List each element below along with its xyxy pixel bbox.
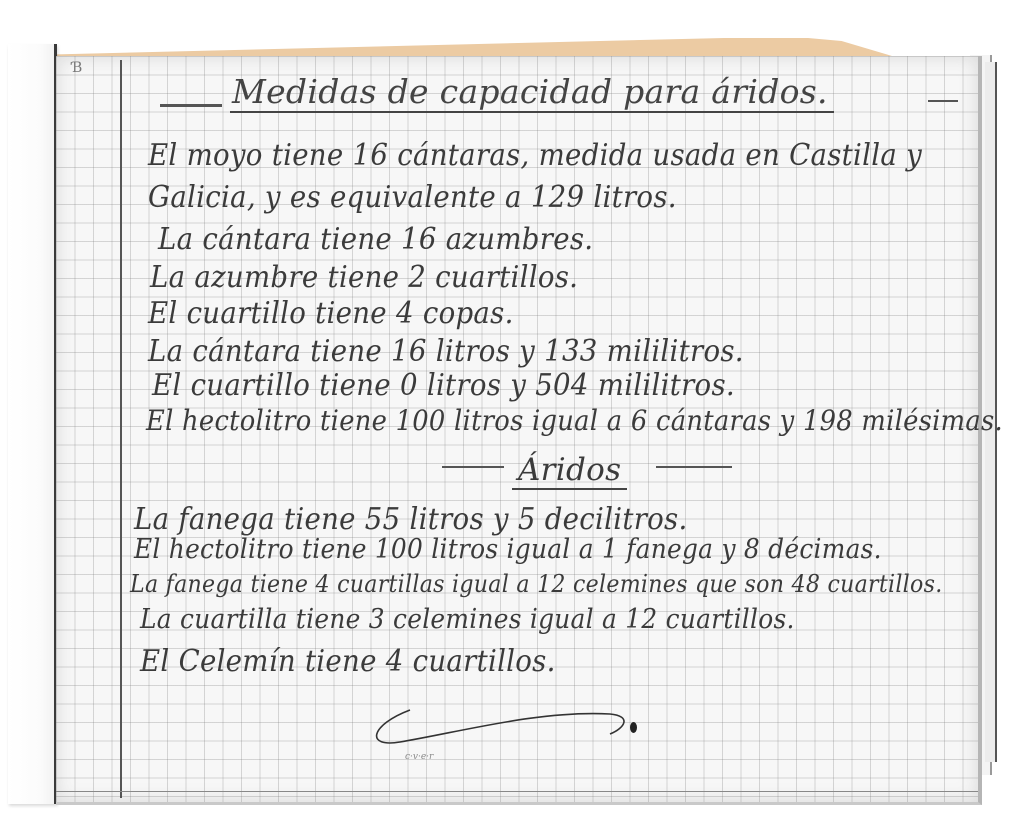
text-line: La fanega tiene 55 litros y 5 decilitros…	[134, 502, 688, 537]
page-title: Medidas de capacidad para áridos.	[230, 72, 834, 113]
section-heading: Áridos	[512, 452, 627, 490]
ink-blot	[630, 722, 637, 733]
bottom-rule	[56, 791, 978, 792]
text-line: El cuartillo tiene 4 copas.	[148, 296, 514, 331]
text-line: La azumbre tiene 2 cuartillos.	[150, 260, 578, 295]
subtitle-dash-left	[442, 466, 504, 468]
corner-pencil-mark: Ɓ	[72, 60, 82, 76]
text-line: El hectolitro tiene 100 litros igual a 1…	[134, 534, 882, 565]
text-line: La cuartilla tiene 3 celemines igual a 1…	[140, 604, 795, 635]
text-line: El cuartillo tiene 0 litros y 504 milili…	[152, 368, 735, 403]
pen-flourish-icon	[370, 700, 630, 760]
text-line: Galicia, y es equivalente a 129 litros.	[148, 180, 677, 215]
text-line: La cántara tiene 16 litros y 133 mililit…	[148, 334, 744, 369]
text-line: El moyo tiene 16 cántaras, medida usada …	[148, 138, 922, 173]
text-line: La fanega tiene 4 cuartillas igual a 12 …	[130, 570, 942, 598]
left-page-edge	[8, 44, 57, 804]
faint-pencil-mark: c·v·e·r	[405, 752, 433, 762]
margin-line	[120, 60, 122, 798]
scanned-notebook-page: Ɓ Medidas de capacidad para áridos. El m…	[0, 0, 1024, 830]
text-line: El hectolitro tiene 100 litros igual a 6…	[146, 404, 1003, 437]
text-line: La cántara tiene 16 azumbres.	[158, 222, 593, 257]
text-line: El Celemín tiene 4 cuartillos.	[140, 644, 556, 679]
title-dash-left	[160, 104, 222, 107]
subtitle-dash-right	[656, 466, 732, 468]
title-dash-right	[928, 100, 958, 102]
